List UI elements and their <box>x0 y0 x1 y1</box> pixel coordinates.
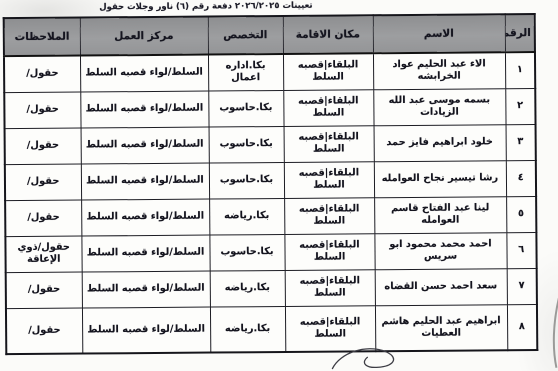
table-row: ٨ ابراهيم عبد الحليم هاشم العطيات البلقا… <box>6 304 537 354</box>
table-row: ٧ سعد احمد حسن القضاه البلقاء|قصبه السلط… <box>6 268 537 308</box>
cell-number: ١ <box>505 52 535 88</box>
table-row: ٥ لينا عبد الفتاح قاسم العوامله البلقاء|… <box>5 196 536 236</box>
cell-specialty: بكا.اداره اعمال <box>208 54 283 91</box>
cell-work-center: السلط/لواء قصبه السلط <box>81 163 209 200</box>
cell-residence: البلقاء|قصبه السلط <box>283 53 373 90</box>
appointments-table: الرقم الاسم مكان الاقامة التخصص مركز الع… <box>3 13 539 355</box>
cell-notes: حقول/ <box>6 272 82 309</box>
cell-work-center: السلط/لواء قصبه السلط <box>81 199 209 236</box>
cell-notes: حقول/ <box>4 56 80 93</box>
cell-number: ٣ <box>506 124 536 160</box>
cell-work-center: السلط/لواء قصبه السلط <box>82 307 210 354</box>
cell-residence: البلقاء|قصبه السلط <box>285 269 375 306</box>
cell-work-center: السلط/لواء قصبه السلط <box>81 235 209 272</box>
scan-edge-artifact <box>547 298 558 368</box>
cell-specialty: بكا.رياضه <box>210 270 285 307</box>
table-row: ٤ رشا تيسير نجاح العوامله البلقاء|قصبه ا… <box>5 160 536 200</box>
cell-work-center: السلط/لواء قصبه السلط <box>80 55 208 92</box>
header-work-center: مركز العمل <box>80 17 208 56</box>
cell-specialty: بكا.حاسوب <box>209 162 284 199</box>
header-residence: مكان الاقامة <box>283 15 373 54</box>
cell-residence: البلقاء|قصبه السلط <box>284 161 374 198</box>
table-row: ٣ خلود ابراهيم فايز حمد البلقاء|قصبه الس… <box>5 124 536 164</box>
cell-notes: حقول/ <box>5 164 81 201</box>
cell-name: ابراهيم عبد الحليم هاشم العطيات <box>375 304 507 351</box>
cell-name: لينا عبد الفتاح قاسم العوامله <box>374 196 506 233</box>
scan-content: تعيينات ٢٠٢٦/٢٠٢٥ دفعة رقم (٦) ناور وجلا… <box>0 0 558 371</box>
cell-residence: البلقاء|قصبه السلط <box>285 305 375 352</box>
header-specialty: التخصص <box>208 16 283 55</box>
cell-residence: البلقاء|قصبه السلط <box>284 197 374 234</box>
cell-notes: حقول/ذوي الإعاقة <box>5 236 81 273</box>
cell-residence: البلقاء|قصبه السلط <box>284 233 374 270</box>
cell-specialty: بكا.رياضه <box>209 198 284 235</box>
cell-specialty: بكا.حاسوب <box>209 126 284 163</box>
cell-work-center: السلط/لواء قصبه السلط <box>82 271 210 308</box>
cell-residence: البلقاء|قصبه السلط <box>283 89 373 126</box>
cell-number: ٧ <box>507 268 537 304</box>
header-row: الرقم الاسم مكان الاقامة التخصص مركز الع… <box>4 14 535 56</box>
cell-specialty: بكا.حاسوب <box>208 90 283 127</box>
cell-number: ٤ <box>506 160 536 196</box>
cell-specialty: بكا.حاسوب <box>209 234 284 271</box>
header-notes: الملاحظات <box>4 18 80 57</box>
signature-scribble-icon <box>326 346 410 371</box>
cell-name: احمد محمد محمود ابو سريس <box>374 232 506 269</box>
cell-name: بسمه موسى عبد الله الزيادات <box>373 88 505 125</box>
cell-name: سعد احمد حسن القضاه <box>375 268 507 305</box>
cell-notes: حقول/ <box>5 128 81 165</box>
table-row: ١ الاء عبد الحليم عواد الخرابشه البلقاء|… <box>4 52 535 92</box>
cell-specialty: بكا.رياضه <box>210 306 285 353</box>
table-row: ٢ بسمه موسى عبد الله الزيادات البلقاء|قص… <box>4 88 535 128</box>
cell-name: خلود ابراهيم فايز حمد <box>374 124 506 161</box>
cell-name: الاء عبد الحليم عواد الخرابشه <box>373 52 505 89</box>
cell-notes: حقول/ <box>4 92 80 129</box>
header-number: الرقم <box>505 14 535 52</box>
cell-name: رشا تيسير نجاح العوامله <box>374 160 506 197</box>
cell-work-center: السلط/لواء قصبه السلط <box>80 91 208 128</box>
cell-residence: البلقاء|قصبه السلط <box>284 125 374 162</box>
scanned-document-page: تعيينات ٢٠٢٦/٢٠٢٥ دفعة رقم (٦) ناور وجلا… <box>0 0 558 371</box>
cell-number: ٦ <box>506 232 536 268</box>
cell-work-center: السلط/لواء قصبه السلط <box>81 127 209 164</box>
cell-number: ٢ <box>505 88 535 124</box>
cell-notes: حقول/ <box>6 308 82 355</box>
cell-notes: حقول/ <box>5 200 81 237</box>
cell-number: ٨ <box>507 304 537 350</box>
document-title: تعيينات ٢٠٢٦/٢٠٢٥ دفعة رقم (٦) ناور وجلا… <box>127 1 313 12</box>
table-row: ٦ احمد محمد محمود ابو سريس البلقاء|قصبه … <box>5 232 536 272</box>
header-name: الاسم <box>373 14 505 53</box>
cell-number: ٥ <box>506 196 536 232</box>
